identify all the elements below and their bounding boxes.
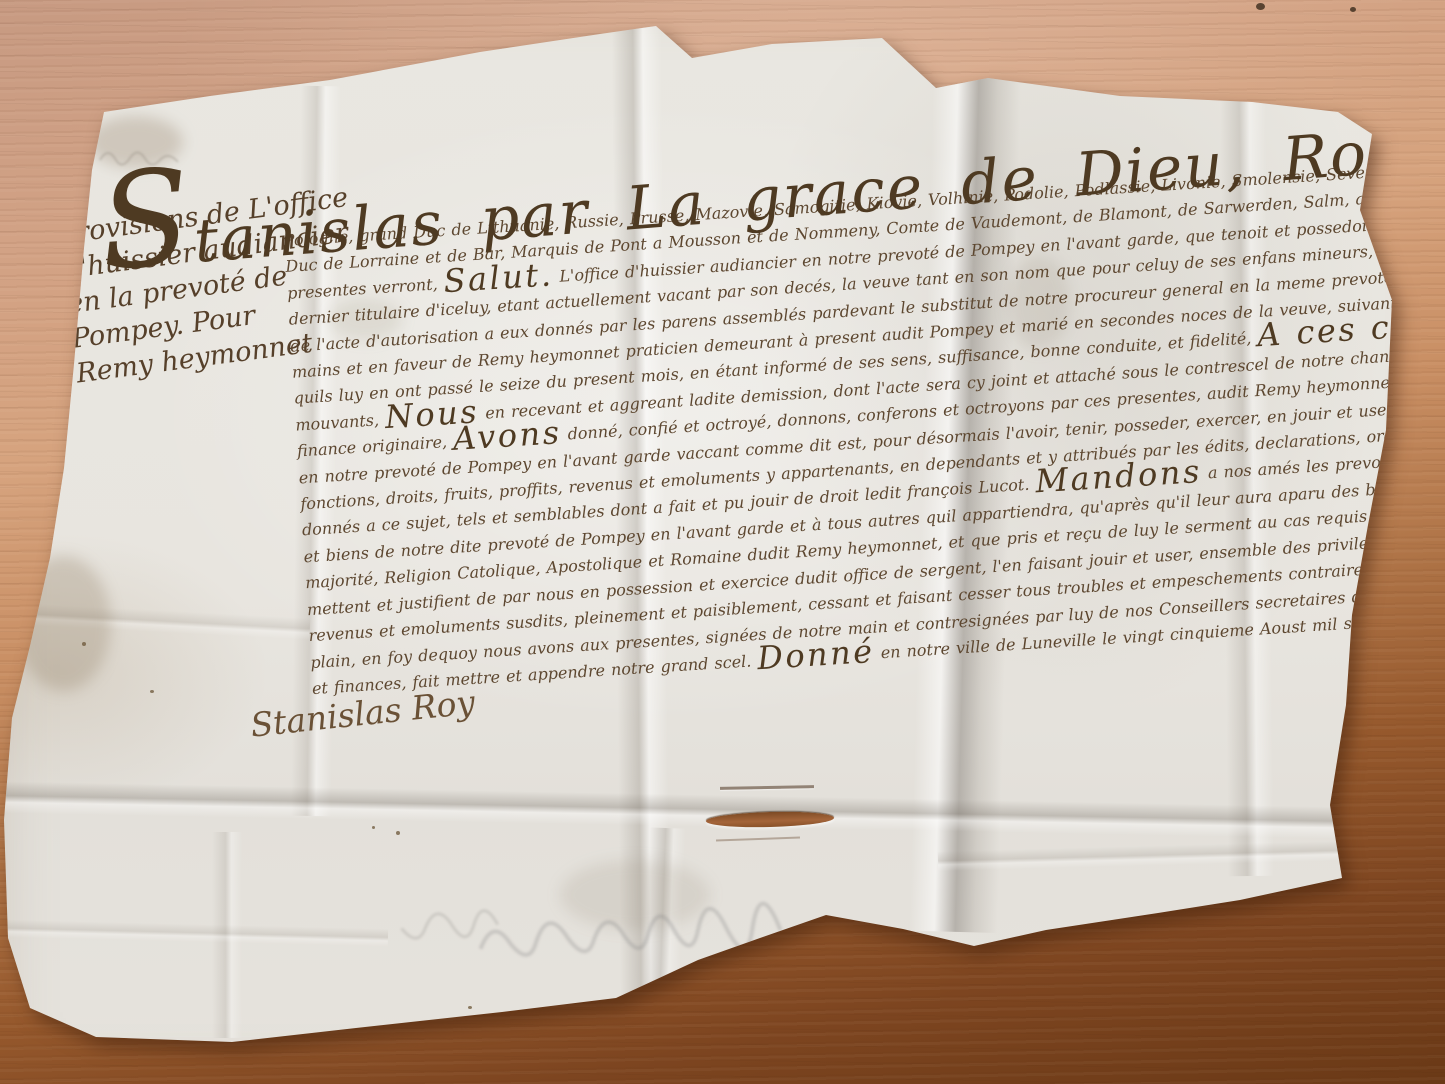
seal-slit [706, 810, 834, 828]
stain [16, 556, 111, 691]
parchment-document: Pologne, grand Duc de Lithuanie, Russie,… [0, 0, 1445, 1084]
speck [82, 642, 86, 646]
speck [396, 831, 400, 835]
fold-crease [0, 781, 1350, 839]
show-through-script [234, 838, 807, 1045]
speck [150, 690, 154, 693]
photo-scene: Pologne, grand Duc de Lithuanie, Russie,… [0, 0, 1445, 1084]
speck [372, 826, 375, 829]
parchment: Pologne, grand Duc de Lithuanie, Russie,… [0, 0, 1445, 1084]
seal-slit [720, 785, 814, 790]
fold-crease [938, 841, 1342, 872]
